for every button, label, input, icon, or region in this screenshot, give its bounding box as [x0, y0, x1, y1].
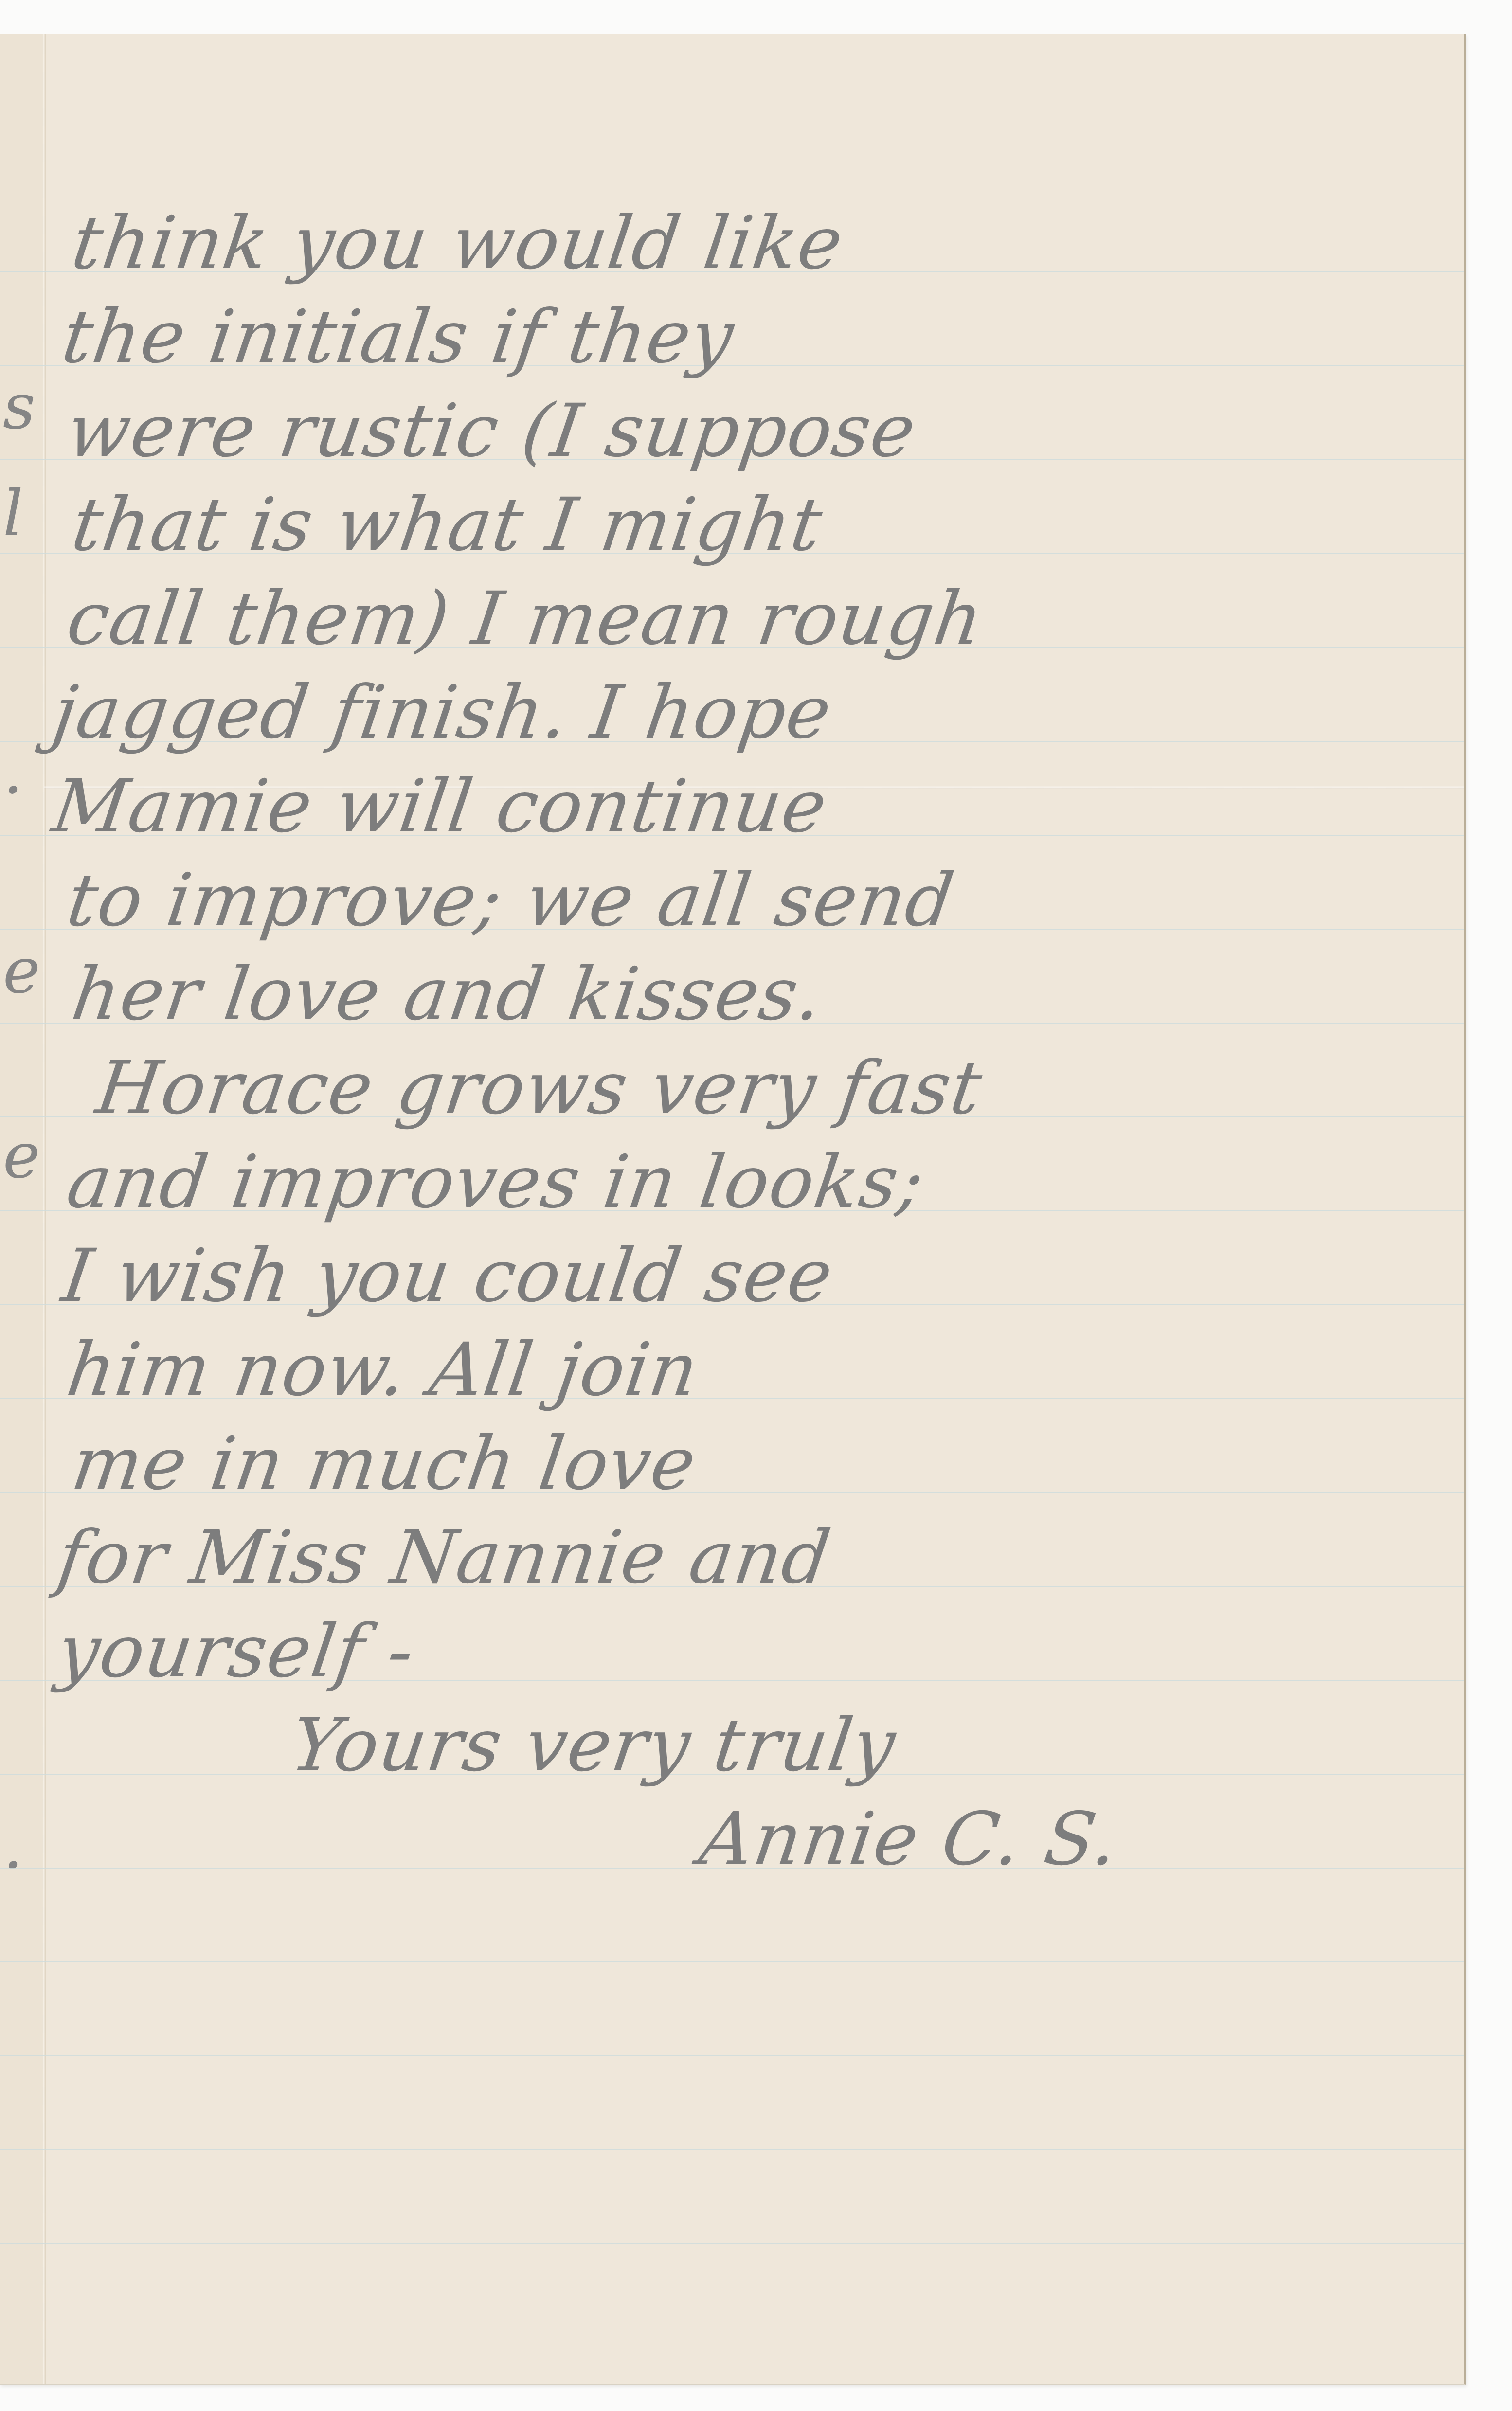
- letter-line: to improve; we all send: [63, 864, 959, 937]
- facing-page-fragment: l: [3, 482, 23, 545]
- letter-line: jagged finish. I hope: [48, 676, 836, 749]
- letter-closing: Yours very truly: [287, 1709, 900, 1782]
- letter-line: yourself -: [53, 1615, 419, 1688]
- facing-page-edge: s l . e e .: [0, 34, 43, 2384]
- ruled-line: [0, 2149, 1464, 2150]
- letter-line: for Miss Nannie and: [53, 1521, 835, 1594]
- letter-line: Horace grows very fast: [92, 1052, 987, 1125]
- signature: Annie C. S.: [695, 1803, 1123, 1876]
- letter-line: I wish you could see: [58, 1240, 837, 1313]
- facing-page-fragment: .: [3, 739, 23, 803]
- facing-page-fragment: e: [3, 939, 40, 1002]
- ruled-line: [0, 2055, 1464, 2056]
- facing-page-fragment: e: [3, 1124, 40, 1187]
- letter-line: me in much love: [68, 1427, 701, 1500]
- ruled-line: [0, 2243, 1464, 2244]
- letter-line: that is what I might: [68, 488, 827, 561]
- facing-page-fragment: s: [3, 375, 36, 438]
- letter-line: the initials if they: [58, 301, 738, 374]
- letter-page: s l . e e . think you would like the ini…: [0, 34, 1466, 2385]
- letter-line: think you would like: [68, 207, 847, 280]
- letter-line: him now. All join: [63, 1333, 703, 1406]
- fold-spine: [42, 34, 46, 2384]
- ruled-line: [0, 1961, 1464, 1962]
- letter-line: were rustic (I suppose: [63, 395, 920, 468]
- letter-line: and improves in looks;: [63, 1146, 929, 1219]
- letter-line: call them) I mean rough: [63, 582, 988, 655]
- letter-line: her love and kisses.: [68, 958, 827, 1031]
- letter-line: Mamie will continue: [48, 770, 831, 843]
